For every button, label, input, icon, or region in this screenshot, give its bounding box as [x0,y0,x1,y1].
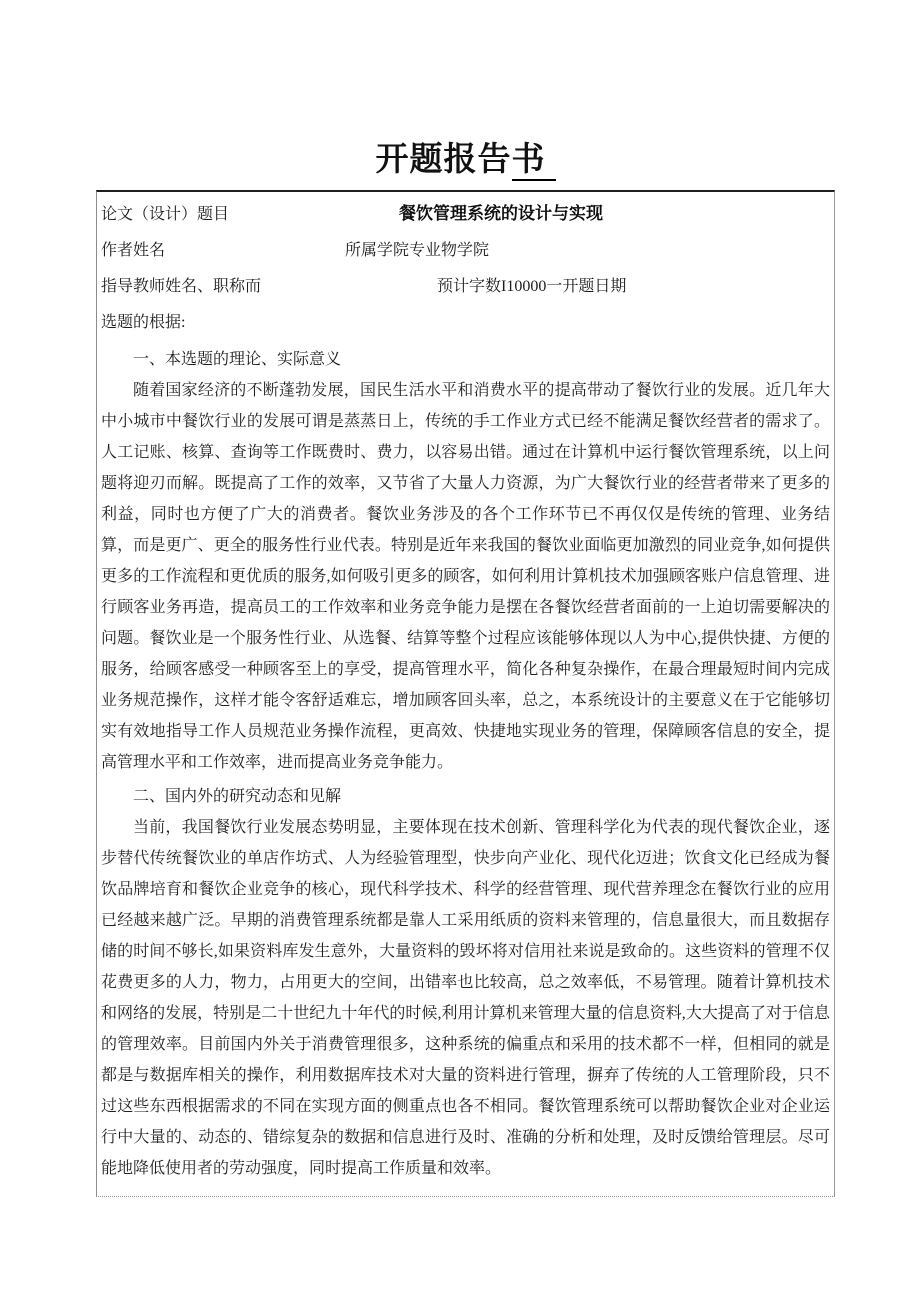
thesis-title-label: 论文（设计）题目 [101,197,229,233]
author-label: 作者姓名 [101,233,165,269]
report-form-box: 论文（设计）题目 餐饮管理系统的设计与实现 作者姓名 所属学院专业物学院 指导教… [96,190,835,1197]
advisor-value: 预计字数I10000一开题日期 [437,269,626,305]
section-1-paragraph: 随着国家经济的不断蓬勃发展，国民生活水平和消费水平的提高带动了餐饮行业的发展。近… [101,375,830,778]
form-row-topic-basis: 选题的根据: [101,305,830,341]
thesis-title-value: 餐饮管理系统的设计与实现 [399,196,603,232]
document-page: { "title": { "main": "开题报告", "underlined… [0,0,920,1301]
page-title-main: 开题报告 [376,140,512,177]
section-2-heading: 二、国内外的研究动态和见解 [101,778,830,812]
form-row-thesis-title: 论文（设计）题目 餐饮管理系统的设计与实现 [101,196,830,233]
author-value: 所属学院专业物学院 [345,233,489,269]
form-row-advisor: 指导教师姓名、职称而 预计字数I10000一开题日期 [101,269,830,305]
page-title-underlined-tail: 书 [512,139,556,181]
section-1-heading: 一、本选题的理论、实际意义 [101,341,830,375]
topic-basis-label: 选题的根据: [101,305,185,341]
advisor-label: 指导教师姓名、职称而 [101,269,261,305]
section-2-paragraph: 当前，我国餐饮行业发展态势明显，主要体现在技术创新、管理科学化为代表的现代餐饮企… [101,812,830,1184]
form-row-author: 作者姓名 所属学院专业物学院 [101,233,830,269]
page-title: 开题报告书 [96,139,835,181]
